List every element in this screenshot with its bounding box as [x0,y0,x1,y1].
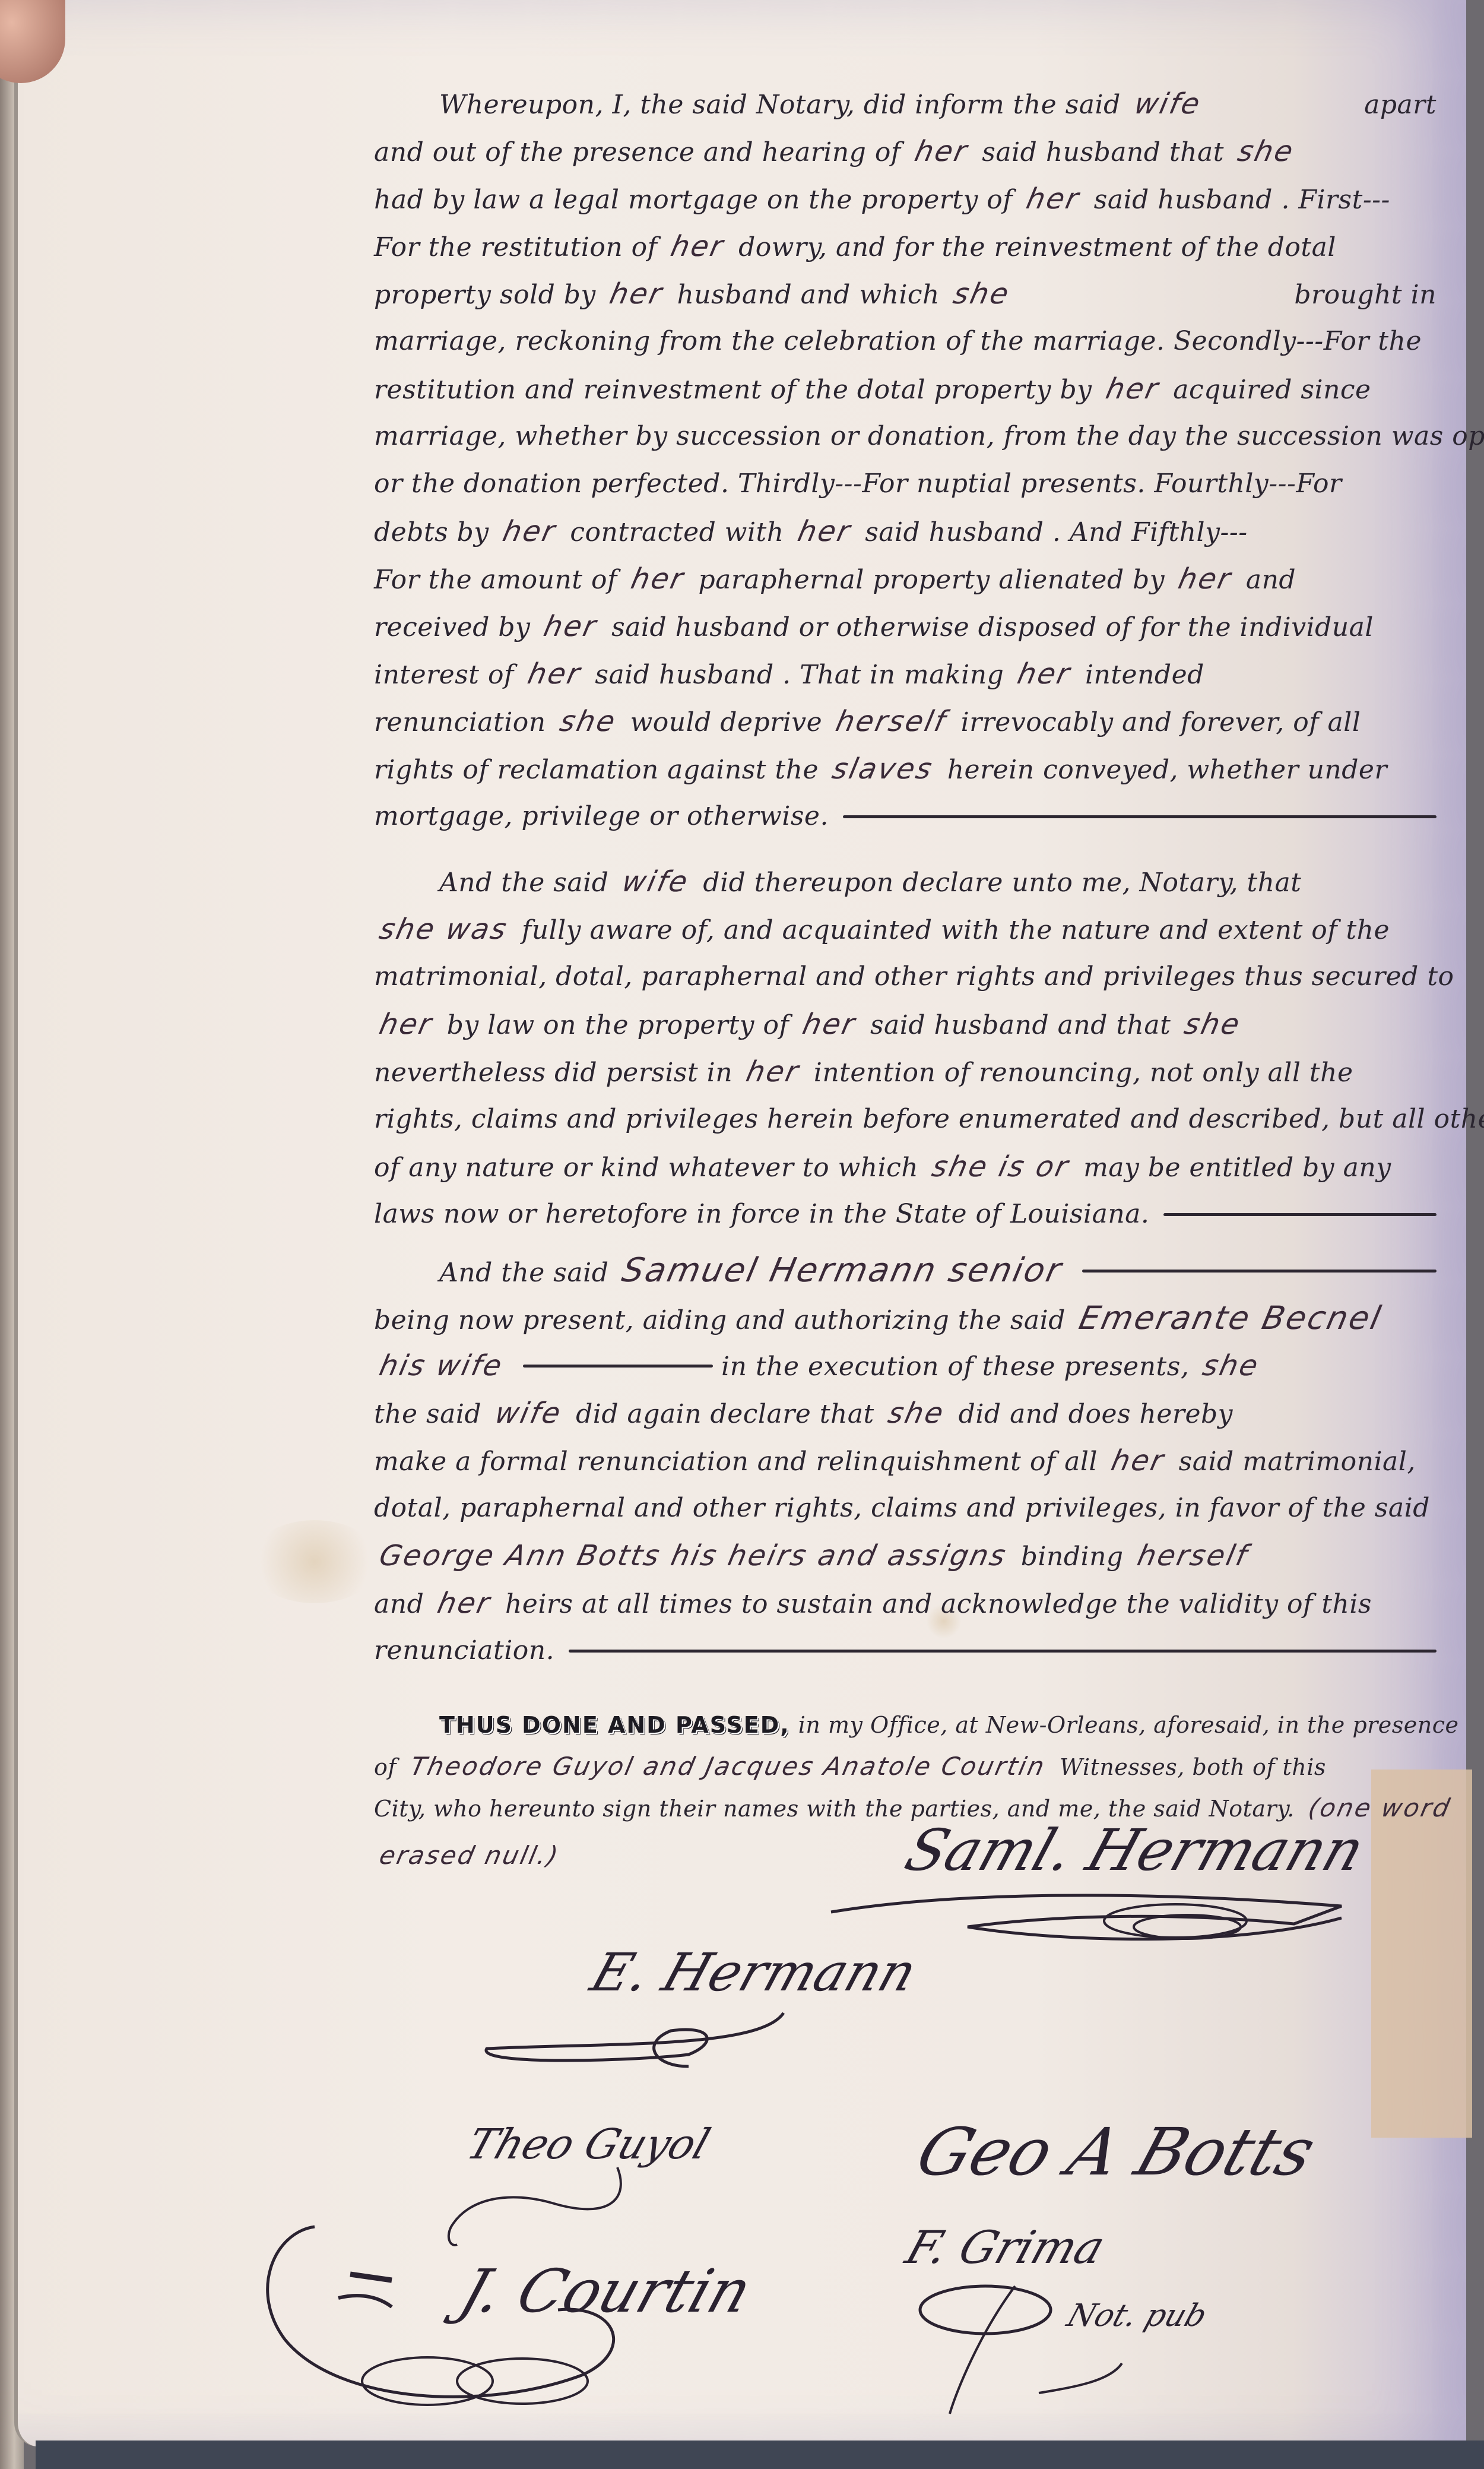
printed-text: said husband and that [870,1002,1171,1049]
fill-rule [1082,1270,1437,1273]
handwritten-fill: her [620,555,695,603]
printed-text: by law on the property of [447,1002,789,1049]
signature-flourish [819,1870,1353,1954]
text-line: marriage, reckoning from the celebration… [374,318,1437,365]
handwritten-fill: Emerante Becnel [1068,1294,1392,1342]
printed-text: fully aware of, and acquainted with the … [522,907,1390,954]
handwritten-fill: her [1016,175,1091,223]
printed-text: herein conveyed, whether under [947,746,1387,794]
signature-flourish [463,2001,795,2078]
printed-text: the said [374,1391,481,1438]
printed-text: interest of [374,651,514,699]
printed-text: matrimonial, dotal, paraphernal and othe… [374,953,1454,1001]
handwritten-note: erased null.) [368,1829,570,1882]
printed-text: and out of the presence and hearing of [374,129,901,176]
printed-text: said husband . First--- [1094,176,1390,224]
handwritten-fill: she [1174,1001,1252,1048]
handwritten-fill: her [369,1001,443,1048]
text-line: rights, claims and privileges herein bef… [374,1096,1437,1143]
table-surface [36,2440,1484,2469]
printed-text: of [374,1746,397,1788]
text-line: his wife in the execution of these prese… [374,1342,1437,1389]
handwritten-fill: she [549,698,627,745]
signature-geo-a-botts: Geo A Botts [908,2114,1324,2190]
handwritten-fill: wife [1124,80,1212,128]
printed-text: or the donation perfected. Thirdly---For… [374,460,1342,508]
handwritten-fill: her [517,650,592,698]
printed-text: intended [1085,651,1204,699]
handwritten-fill: her [904,128,979,175]
handwritten-fill: her [736,1048,811,1096]
printed-text: For the amount of [374,556,617,604]
printed-text: binding [1021,1533,1124,1581]
text-line: marriage, whether by succession or donat… [374,413,1437,460]
printed-text: intention of renouncing, not only all th… [814,1049,1353,1097]
printed-text: For the restitution of [374,224,657,271]
printed-text: would deprive [630,699,823,746]
printed-text: Witnesses, both of this [1060,1746,1326,1788]
printed-text: did and does hereby [959,1391,1233,1438]
handwritten-fill: her [599,270,674,318]
printed-text: irrevocably and forever, of all [961,699,1361,746]
handwritten-fill: slaves [822,745,944,793]
printed-text: And the said [439,1249,608,1297]
printed-text: acquired since [1173,366,1371,414]
printed-text: received by [374,604,530,651]
text-line: restitution and reinvestment of the dota… [374,365,1437,413]
printed-text: did again declare that [576,1391,874,1438]
foxing-stain [249,1520,380,1603]
handwritten-fill: her [492,508,567,555]
printed-text: had by law a legal mortgage on the prope… [374,176,1013,224]
handwritten-fill: her [1168,555,1243,603]
signature-j-courtin: J. Courtin [452,2256,760,2326]
text-line: the said wife did again declare that she… [374,1389,1437,1437]
text-line: renunciation. [374,1627,1437,1675]
signature-e-hermann: E. Hermann [584,1942,924,2003]
handwritten-fill: she [943,270,1020,318]
fill-rule [1163,1213,1437,1216]
printed-text: of any nature or kind whatever to which [374,1144,918,1192]
fill-rule [569,1650,1437,1653]
printed-text: contracted with [570,509,784,556]
handwritten-fill: her [661,223,735,270]
text-line: And the said Samuel Hermann senior [374,1247,1437,1294]
printed-text: husband and which [677,271,939,319]
handwritten-fill: wife [485,1389,573,1437]
handwritten-fill: she is or [922,1143,1080,1191]
printed-text: rights of reclamation against the [374,746,819,794]
printed-text: make a formal renunciation and relinquis… [374,1438,1098,1486]
printed-text: Whereupon, I, the said Notary, did infor… [439,81,1121,129]
text-line: Whereupon, I, the said Notary, did infor… [374,80,1437,128]
printed-text: marriage, reckoning from the celebration… [374,318,1422,365]
handwritten-fill: Samuel Hermann senior [612,1247,1073,1294]
text-line: interest of her said husband . That in m… [374,650,1437,698]
printed-text: paraphernal property alienated by [698,556,1165,604]
handwritten-fill: wife [612,858,700,906]
signature-notary-grima: F. Grima [900,2221,1112,2274]
paragraph-husband-authorizes: And the said Samuel Hermann senior being… [374,1247,1437,1675]
text-line: renunciation she would deprive herself i… [374,698,1437,745]
text-line: George Ann Botts his heirs and assigns b… [374,1532,1437,1579]
text-line: property sold by her husband and which s… [374,270,1437,318]
printed-text: marriage, whether by succession or donat… [374,413,1484,460]
handwritten-witnesses: Theodore Guyol and Jacques Anatole Court… [401,1746,1056,1787]
printed-text: brought in [1294,271,1437,319]
handwritten-fill: herself [826,698,957,745]
paragraph-wife-declares: And the said wife did thereupon declare … [374,858,1437,1238]
text-line: being now present, aiding and authorizin… [374,1294,1437,1342]
text-line: and her heirs at all times to sustain an… [374,1579,1437,1627]
printed-text: said matrimonial, [1179,1438,1416,1486]
printed-text: rights, claims and privileges herein bef… [374,1096,1484,1143]
text-line: THUS DONE AND PASSED, in my Office, at N… [374,1704,1437,1746]
printed-text: apart [1364,81,1437,129]
printed-text: restitution and reinvestment of the dota… [374,366,1092,414]
text-line: make a formal renunciation and relinquis… [374,1437,1437,1484]
text-line: dotal, paraphernal and other rights, cla… [374,1484,1437,1532]
printed-text: may be entitled by any [1083,1144,1391,1192]
printed-text: renunciation. [374,1627,554,1675]
printed-text: being now present, aiding and authorizin… [374,1297,1066,1344]
printed-text: And the said [439,859,608,907]
text-line: For the restitution of her dowry, and fo… [374,223,1437,270]
text-line: And the said wife did thereupon declare … [374,858,1437,906]
printed-text: renunciation [374,699,546,746]
handwritten-fill: her [427,1579,502,1627]
handwritten-fill: her [1095,365,1170,413]
handwritten-fill: her [787,508,862,555]
text-line: received by her said husband or otherwis… [374,603,1437,650]
handwritten-fill: her [534,603,608,650]
printed-text: said husband . That in making [595,651,1004,699]
printed-text: in my Office, at New-Orleans, aforesaid,… [798,1704,1459,1746]
fill-rule [523,1365,713,1368]
text-line: her by law on the property of her said h… [374,1001,1437,1048]
text-line: and out of the presence and hearing of h… [374,128,1437,175]
notary-public-suffix: Not. pub [1063,2298,1211,2334]
printed-text: and [374,1581,424,1628]
handwritten-fill: she [1227,128,1305,175]
printed-text: did thereupon declare unto me, Notary, t… [703,859,1301,907]
handwritten-fill: she was [369,906,518,953]
printed-text: dotal, paraphernal and other rights, cla… [374,1484,1430,1532]
text-line: had by law a legal mortgage on the prope… [374,175,1437,223]
handwritten-fill: her [1101,1437,1175,1484]
text-line: nevertheless did persist in her intentio… [374,1048,1437,1096]
text-line: of any nature or kind whatever to which … [374,1143,1437,1191]
printed-text: said husband . And Fifthly--- [865,509,1247,556]
handwritten-fill: her [792,1001,867,1048]
printed-text: nevertheless did persist in [374,1049,733,1097]
text-line: mortgage, privilege or otherwise. [374,793,1437,840]
printed-text: and [1246,556,1296,604]
text-line: rights of reclamation against the slaves… [374,745,1437,793]
printed-text: property sold by [374,271,596,319]
handwritten-fill: her [1007,650,1082,698]
printed-text: dowry, and for the reinvestment of the d… [738,224,1336,271]
printed-text: in the execution of these presents, [721,1343,1189,1391]
signature-flourish [908,2274,1175,2417]
text-line: debts by her contracted with her said hu… [374,508,1437,555]
printed-text: debts by [374,509,489,556]
printed-text: said husband or otherwise disposed of fo… [611,604,1374,651]
text-line: matrimonial, dotal, paraphernal and othe… [374,953,1437,1001]
printed-text: laws now or heretofore in force in the S… [374,1191,1149,1238]
handwritten-fill: George Ann Botts his heirs and assigns [369,1532,1017,1579]
handwritten-fill: herself [1127,1532,1258,1579]
handwritten-fill: his wife [369,1342,513,1389]
paragraph-wife-informed: Whereupon, I, the said Notary, did infor… [374,80,1437,840]
text-line: laws now or heretofore in force in the S… [374,1191,1437,1238]
handwritten-fill: she [1193,1342,1270,1389]
printed-text: said husband that [982,129,1224,176]
closing-heading: THUS DONE AND PASSED, [439,1704,790,1746]
printed-text: heirs at all times to sustain and acknow… [505,1581,1372,1628]
fill-rule [843,815,1437,818]
text-line: For the amount of her paraphernal proper… [374,555,1437,603]
text-line: or the donation perfected. Thirdly---For… [374,460,1437,508]
handwritten-fill: she [877,1389,955,1437]
printed-text: mortgage, privilege or otherwise. [374,793,829,840]
text-line: of Theodore Guyol and Jacques Anatole Co… [374,1746,1437,1787]
text-line: she was fully aware of, and acquainted w… [374,906,1437,953]
